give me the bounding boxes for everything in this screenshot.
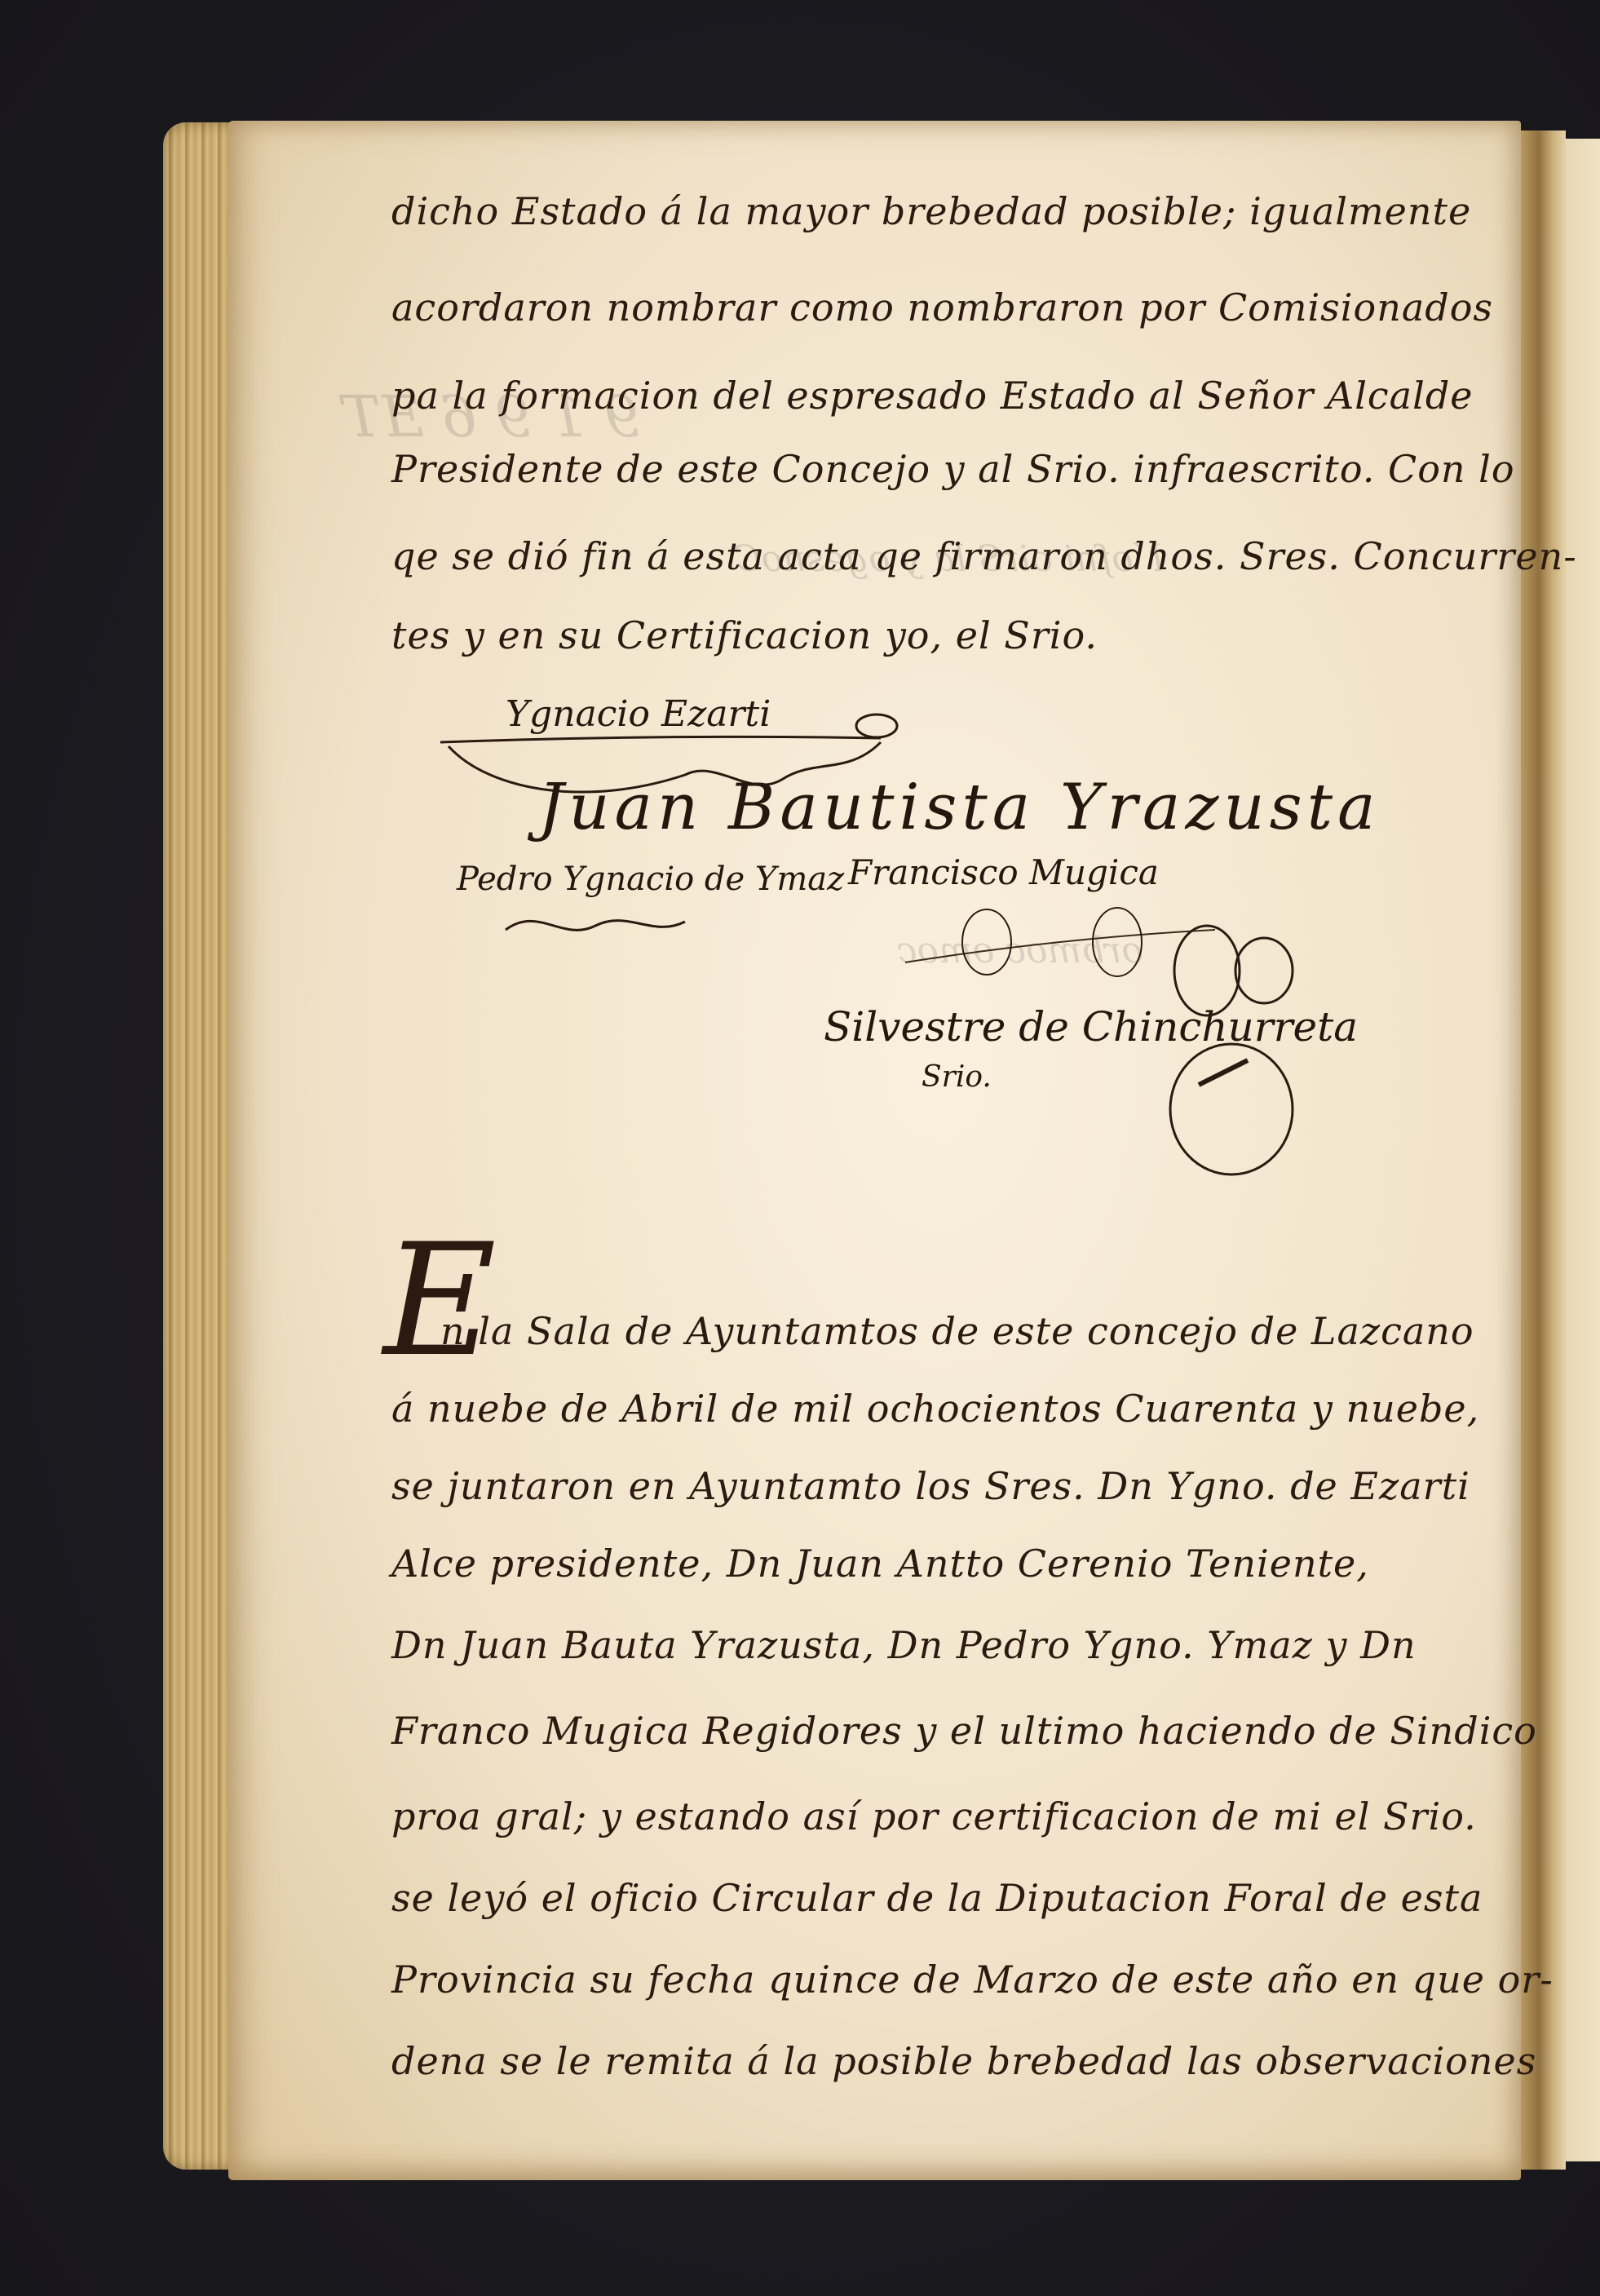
text-line: tes y en su Certificacion yo, el Srio. bbox=[391, 613, 1098, 657]
text-line: se leyó el oficio Circular de la Diputac… bbox=[391, 1876, 1483, 1920]
text-line: Franco Mugica Regidores y el ultimo haci… bbox=[391, 1709, 1537, 1753]
text-line: dicho Estado á la mayor brebedad posible… bbox=[391, 189, 1471, 233]
decorative-initial: E bbox=[383, 1223, 497, 1378]
facing-page-edge bbox=[1566, 139, 1600, 2161]
text-line: se juntaron en Ayuntamto los Sres. Dn Yg… bbox=[391, 1464, 1470, 1508]
secretary-title: Srio. bbox=[922, 1060, 992, 1094]
text-line: n la Sala de Ayuntamtos de este concejo … bbox=[440, 1309, 1474, 1353]
text-line: qe se dió fin á esta acta qe firmaron dh… bbox=[391, 534, 1577, 578]
text-line: dena se le remita á la posible brebedad … bbox=[391, 2039, 1536, 2083]
signature-mugica: Francisco Mugica bbox=[848, 852, 1159, 892]
text-line: Dn Juan Bauta Yrazusta, Dn Pedro Ygno. Y… bbox=[391, 1623, 1417, 1667]
text-line: acordaron nombrar como nombraron por Com… bbox=[391, 285, 1493, 330]
signature-yrazusta: Juan Bautista Yrazusta bbox=[538, 771, 1381, 844]
text-line: Provincia su fecha quince de Marzo de es… bbox=[391, 1958, 1554, 2002]
text-line: proa gral; y estando así por certificaci… bbox=[391, 1794, 1477, 1838]
text-line: Presidente de este Concejo y al Srio. in… bbox=[391, 447, 1515, 491]
signature-ymaz: Pedro Ygnacio de Ymaz bbox=[457, 860, 844, 898]
signature-flourish bbox=[489, 897, 734, 946]
signature-flourish bbox=[1142, 922, 1354, 1183]
text-line: á nuebe de Abril de mil ochocientos Cuar… bbox=[391, 1387, 1479, 1431]
book-gutter bbox=[1521, 131, 1566, 2170]
text-line: Alce presidente, Dn Juan Antto Cerenio T… bbox=[391, 1542, 1369, 1586]
text-line: pa la formacion del espresado Estado al … bbox=[391, 374, 1474, 418]
